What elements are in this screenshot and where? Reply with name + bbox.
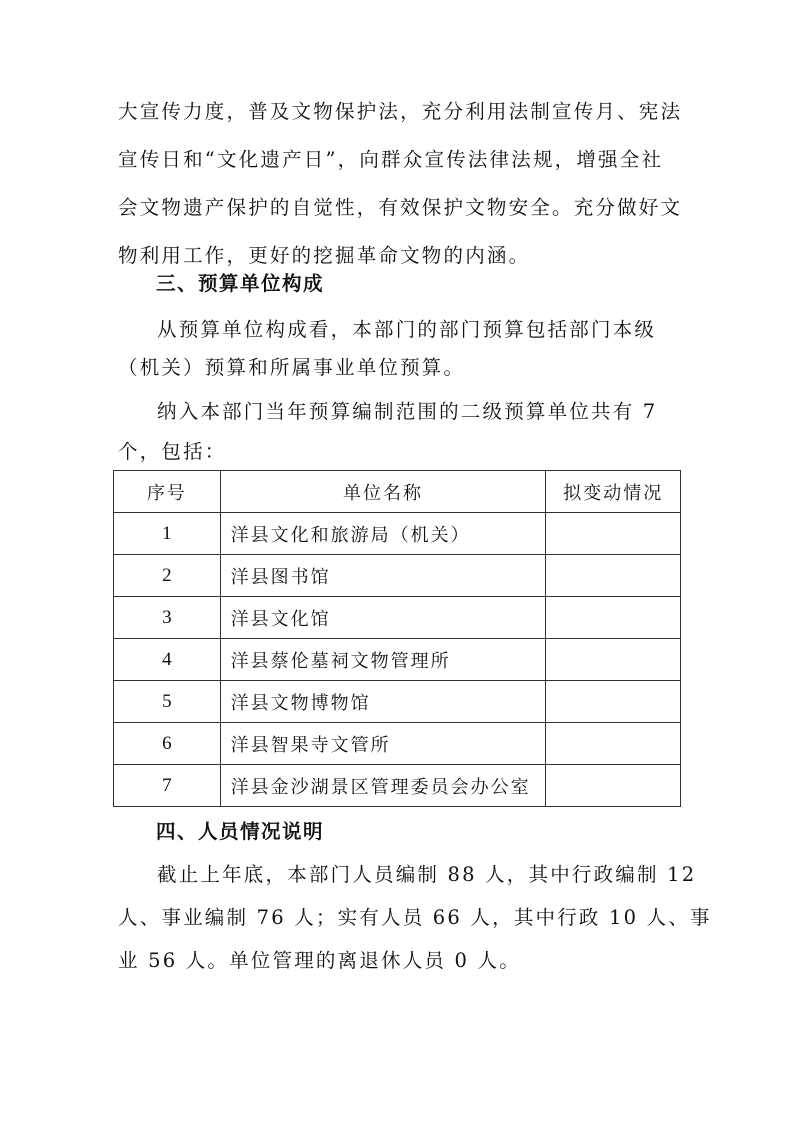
- unit-name: 洋县金沙湖景区管理委员会办公室: [220, 765, 546, 807]
- row-number: 7: [114, 765, 221, 807]
- row-number: 5: [114, 681, 221, 723]
- row-number: 4: [114, 639, 221, 681]
- body-text-line: 物利用工作，更好的挖掘革命文物的内涵。: [118, 244, 530, 268]
- table-row: 7 洋县金沙湖景区管理委员会办公室: [114, 765, 681, 807]
- section-heading: 四、人员情况说明: [156, 820, 324, 844]
- table-row: 4 洋县蔡伦墓祠文物管理所: [114, 639, 681, 681]
- body-text-line: 纳入本部门当年预算编制范围的二级预算单位共有 7: [157, 400, 657, 424]
- planned-change: [546, 639, 681, 681]
- budget-units-table: 序号 单位名称 拟变动情况 1 洋县文化和旅游局（机关） 2 洋县图书馆 3 洋…: [113, 470, 681, 807]
- planned-change: [546, 723, 681, 765]
- table-row: 3 洋县文化馆: [114, 597, 681, 639]
- row-number: 2: [114, 555, 221, 597]
- table-row: 6 洋县智果寺文管所: [114, 723, 681, 765]
- planned-change: [546, 597, 681, 639]
- unit-name: 洋县文化和旅游局（机关）: [220, 513, 546, 555]
- row-number: 1: [114, 513, 221, 555]
- body-text-line: 从预算单位构成看，本部门的部门预算包括部门本级: [157, 318, 656, 342]
- body-text-line: 宣传日和“文化遗产日”，向群众宣传法律法规，增强全社: [118, 148, 663, 172]
- body-text-line: 会文物遗产保护的自觉性，有效保护文物安全。充分做好文: [118, 196, 682, 220]
- table-row: 1 洋县文化和旅游局（机关）: [114, 513, 681, 555]
- row-number: 6: [114, 723, 221, 765]
- planned-change: [546, 681, 681, 723]
- column-header-unit-name: 单位名称: [220, 471, 546, 513]
- table-row: 2 洋县图书馆: [114, 555, 681, 597]
- planned-change: [546, 765, 681, 807]
- body-text-line: （机关）预算和所属事业单位预算。: [118, 356, 465, 380]
- section-heading: 三、预算单位构成: [156, 272, 324, 296]
- body-text-line: 业 56 人。单位管理的离退休人员 0 人。: [118, 949, 521, 973]
- column-header-planned-change: 拟变动情况: [546, 471, 681, 513]
- unit-name: 洋县蔡伦墓祠文物管理所: [220, 639, 546, 681]
- body-text-line: 个，包括：: [118, 440, 227, 464]
- body-text-line: 截止上年底，本部门人员编制 88 人，其中行政编制 12: [157, 863, 696, 887]
- planned-change: [546, 513, 681, 555]
- body-text-line: 大宣传力度，普及文物保护法，充分利用法制宣传月、宪法: [118, 100, 682, 124]
- table-header-row: 序号 单位名称 拟变动情况: [114, 471, 681, 513]
- planned-change: [546, 555, 681, 597]
- unit-name: 洋县图书馆: [220, 555, 546, 597]
- unit-name: 洋县文化馆: [220, 597, 546, 639]
- unit-name: 洋县智果寺文管所: [220, 723, 546, 765]
- unit-name: 洋县文物博物馆: [220, 681, 546, 723]
- table-row: 5 洋县文物博物馆: [114, 681, 681, 723]
- body-text-line: 人、事业编制 76 人；实有人员 66 人，其中行政 10 人、事: [118, 906, 712, 930]
- row-number: 3: [114, 597, 221, 639]
- column-header-number: 序号: [114, 471, 221, 513]
